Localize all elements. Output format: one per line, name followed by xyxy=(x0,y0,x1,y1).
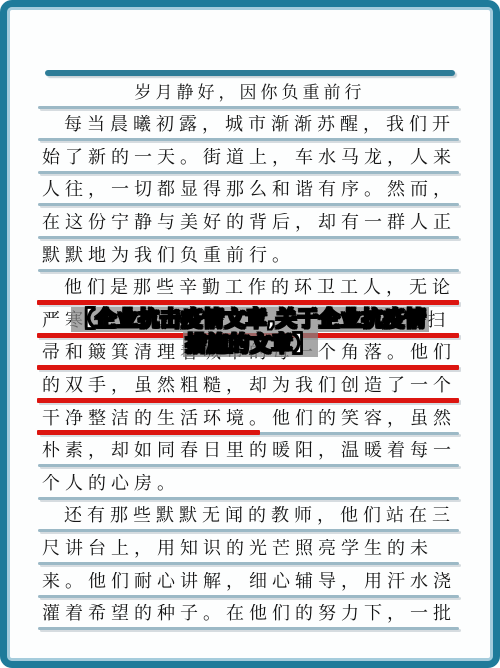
text-row: 严寒扫 xyxy=(38,304,462,337)
row-text: 个人的心房。 xyxy=(42,474,462,494)
row-text: 尺讲台上，用知识的光芒照亮学生的未 xyxy=(42,539,462,559)
row-text: 还有那些默默无闻的教师，他们站在三 xyxy=(42,506,462,526)
row-text: 干净整洁的生活环境。他们的笑容，虽然 xyxy=(42,409,462,429)
paper-body: 岁月静好，因你负重前行每当晨曦初露，城市渐渐苏醒，我们开始了新的一天。街道上，车… xyxy=(38,76,462,630)
row-text: 始了新的一天。街道上，车水马龙，人来 xyxy=(42,148,462,168)
text-row: 个人的心房。 xyxy=(38,467,462,500)
row-text: 严寒扫 xyxy=(42,311,450,331)
text-row: 始了新的一天。街道上，车水马龙，人来 xyxy=(38,141,462,174)
row-text: 的双手，虽然粗糙，却为我们创造了一个 xyxy=(42,376,462,396)
text-row: 帚和簸箕清理着城市的每一个角落。他们 xyxy=(38,337,462,370)
text-row: 灌着希望的种子。在他们的努力下，一批 xyxy=(38,598,462,631)
text-row: 尺讲台上，用知识的光芒照亮学生的未 xyxy=(38,532,462,565)
row-text: 灌着希望的种子。在他们的努力下，一批 xyxy=(42,604,462,624)
row-text: 人往，一切都显得那么和谐有序。然而， xyxy=(42,180,462,200)
row-text-left: 严寒 xyxy=(42,311,88,331)
row-text: 他们是那些辛勤工作的环卫工人，无论 xyxy=(42,278,462,298)
row-text: 帚和簸箕清理着城市的每一个角落。他们 xyxy=(42,343,462,363)
row-text: 默默地为我们负重前行。 xyxy=(42,246,462,266)
row-text: 朴素，却如同春日里的暖阳，温暖着每一 xyxy=(42,441,462,461)
text-row: 朴素，却如同春日里的暖阳，温暖着每一 xyxy=(38,435,462,468)
row-text: 每当晨曦初露，城市渐渐苏醒，我们开 xyxy=(42,115,462,135)
text-row: 在这份宁静与美好的背后，却有一群人正 xyxy=(38,206,462,239)
text-row: 岁月静好，因你负重前行 xyxy=(38,76,462,109)
row-text: 在这份宁静与美好的背后，却有一群人正 xyxy=(42,213,462,233)
row-text-right: 扫 xyxy=(427,311,450,331)
text-row: 的双手，虽然粗糙，却为我们创造了一个 xyxy=(38,369,462,402)
text-row: 还有那些默默无闻的教师，他们站在三 xyxy=(38,500,462,533)
row-text: 岁月静好，因你负重前行 xyxy=(38,83,462,103)
text-row: 来。他们耐心讲解，细心辅导，用汗水浇 xyxy=(38,565,462,598)
text-row: 人往，一切都显得那么和谐有序。然而， xyxy=(38,174,462,207)
paper-sheet: 岁月静好，因你负重前行每当晨曦初露，城市渐渐苏醒，我们开始了新的一天。街道上，车… xyxy=(38,70,462,631)
text-row: 干净整洁的生活环境。他们的笑容，虽然 xyxy=(38,402,462,435)
row-text: 来。他们耐心讲解，细心辅导，用汗水浇 xyxy=(42,572,462,592)
text-row: 每当晨曦初露，城市渐渐苏醒，我们开 xyxy=(38,109,462,142)
rule-line xyxy=(38,627,459,630)
text-row: 默默地为我们负重前行。 xyxy=(38,239,462,272)
text-row: 他们是那些辛勤工作的环卫工人，无论 xyxy=(38,272,462,305)
